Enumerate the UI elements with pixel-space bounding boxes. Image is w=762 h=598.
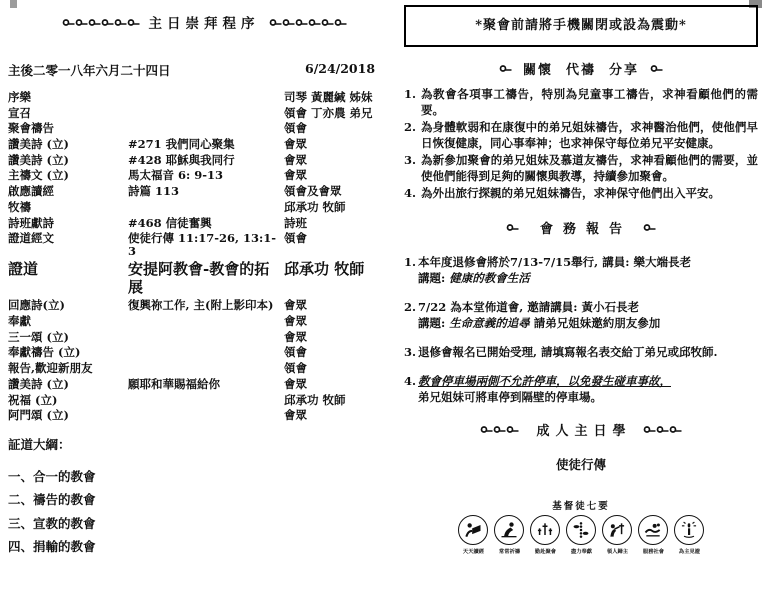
- outline-item: 二、禱告的教會: [8, 494, 400, 507]
- footer-icon-item: 常常祈禱: [493, 515, 526, 556]
- program-who: 會眾: [284, 154, 400, 167]
- prayer-request-number: 3.: [404, 153, 421, 184]
- announcement-topic-title: 生命意義的追尋: [449, 316, 530, 330]
- program-detail: [128, 346, 284, 359]
- program-detail: 詩篇 113: [128, 185, 284, 198]
- announcement-line-rest: 請弟兄姐妹邀約朋友參加: [530, 316, 661, 330]
- date-row: 主後二零一八年六月二十四日 6/24/2018: [8, 61, 400, 76]
- program-detail: [128, 122, 284, 135]
- program-item: 主禱文 (立): [8, 169, 128, 182]
- announcement-line: 本年度退修會將於7/13-7/15舉行, 講員: 樂大端長老: [418, 255, 691, 269]
- program-row: 詩班獻詩#468 信徒奮興詩班: [8, 217, 400, 230]
- announcement-text: 退修會報名已開始受理, 請填寫報名表交給丁弟兄或邱牧師.: [418, 344, 758, 360]
- curl-chain-ornament-icon: [480, 425, 519, 434]
- program-row: 報告,歡迎新朋友領會: [8, 362, 400, 375]
- footer-icon-label: 常常祈禱: [494, 547, 523, 555]
- footer-icon-item: 勤赴聚會: [529, 515, 562, 556]
- program-who: 領會: [284, 362, 400, 375]
- program-who: 會眾: [284, 138, 400, 151]
- program-item: 回應詩(立): [8, 299, 128, 312]
- program-row: 讚美詩 (立)願耶和華賜福給你會眾: [8, 378, 400, 391]
- footer-icon-item: 領人歸主: [601, 515, 634, 556]
- program-who: 會眾: [284, 299, 400, 312]
- program-row: 牧禱邱承功 牧師: [8, 201, 400, 214]
- prayer-request-item: 2.為身體軟弱和在康復中的弟兄姐妹禱告，求神醫治他們，使他們早日恢復健康，同心事…: [404, 120, 758, 151]
- care-section-header: 關懷 代禱 分享: [404, 59, 758, 78]
- outline-item: 一、合一的教會: [8, 471, 400, 484]
- curl-ornament-icon: [650, 64, 663, 73]
- worship-order-column: 主日崇拜程序 主後二零一八年六月二十四日 6/24/2018 序樂司琴 黃麗緘 …: [8, 12, 400, 565]
- program-row: 回應詩(立)復興祢工作, 主(附上影印本)會眾: [8, 299, 400, 312]
- sermon-outline: 証道大綱： 一、合一的教會二、禱告的教會三、宣教的教會四、捐輸的教會: [8, 435, 400, 554]
- swirl-ornament-icon: [62, 18, 140, 27]
- adult-school-topic: 使徒行傳: [404, 455, 758, 473]
- seven-essentials-icons: 天天讀經常常祈禱勤赴聚會盡力奉獻領人歸主服務社會為主見證: [404, 515, 758, 556]
- program-list: 序樂司琴 黃麗緘 姊妹宣召領會 丁亦農 弟兄聚會禱告領會讚美詩 (立)#271 …: [8, 91, 400, 422]
- announcement-number: 1.: [404, 254, 418, 286]
- church-meeting-icon: [530, 515, 560, 545]
- prayer-request-text: 為身體軟弱和在康復中的弟兄姐妹禱告，求神醫治他們，使他們早日恢復健康，同心事奉神…: [421, 120, 758, 151]
- program-row: 證道安提阿教會-教會的拓展邱承功 牧師: [8, 260, 400, 296]
- offering-icon: [566, 515, 596, 545]
- footer-icon-label: 為主見證: [674, 547, 703, 555]
- program-who: 領會: [284, 232, 400, 257]
- program-detail: #428 耶穌與我同行: [128, 154, 284, 167]
- phone-notice-text: *聚會前請將手機關閉或設為震動*: [475, 18, 687, 33]
- service-icon: [638, 515, 668, 545]
- prayer-request-number: 2.: [404, 120, 421, 151]
- prayer-request-item: 3.為新參加聚會的弟兄姐妹及慕道友禱告，求神看顧他們的需要，並使他們能得到足夠的…: [404, 153, 758, 184]
- prayer-request-text: 為教會各項事工禱告，特別為兒童事工禱告，求神看顧他們的需要。: [421, 87, 758, 118]
- program-item: 宣召: [8, 107, 128, 120]
- announcement-number: 3.: [404, 344, 418, 360]
- program-who: 會眾: [284, 378, 400, 391]
- prayer-icon: [494, 515, 524, 545]
- program-who: 領會 丁亦農 弟兄: [284, 107, 400, 120]
- program-detail: [128, 107, 284, 120]
- outline-item: 三、宣教的教會: [8, 518, 400, 531]
- program-who: 會眾: [284, 169, 400, 182]
- program-item: 報告,歡迎新朋友: [8, 362, 128, 375]
- date-chinese: 主後二零一八年六月二十四日: [8, 63, 171, 78]
- announcement-item: 3. 退修會報名已開始受理, 請填寫報名表交給丁弟兄或邱牧師.: [404, 344, 758, 360]
- program-who: 司琴 黃麗緘 姊妹: [284, 91, 400, 104]
- announcement-text: 教會停車場兩側不允許停車，以免發生碰車事故， 弟兄姐妹可將車停到隔壁的停車場。: [418, 373, 758, 405]
- title-row: 主日崇拜程序: [8, 12, 400, 32]
- prayer-request-item: 4.為外出旅行探親的弟兄姐妹禱告，求神保守他們出入平安。: [404, 186, 758, 202]
- sermon-outline-title: 証道大綱：: [8, 435, 400, 453]
- program-who: 會眾: [284, 331, 400, 344]
- curl-ornament-icon: [499, 64, 512, 73]
- announcement-line: 7/22 為本堂佈道會, 邀請講員: 黃小石長老: [418, 300, 639, 314]
- program-detail: [128, 315, 284, 328]
- program-row: 祝福 (立)邱承功 牧師: [8, 394, 400, 407]
- program-detail: 使徒行傳 11:17-26, 13:1-3: [128, 232, 284, 257]
- program-item: 祝福 (立): [8, 394, 128, 407]
- program-detail: [128, 394, 284, 407]
- announcements-column: *聚會前請將手機關閉或設為震動* 關懷 代禱 分享 1.為教會各項事工禱告，特別…: [404, 0, 758, 556]
- seven-essentials-footer: 基督徒七要 天天讀經常常祈禱勤赴聚會盡力奉獻領人歸主服務社會為主見證: [404, 498, 758, 556]
- program-item: 證道: [8, 260, 128, 296]
- announcement-text: 本年度退修會將於7/13-7/15舉行, 講員: 樂大端長老 講題: 健康的教會…: [418, 254, 758, 286]
- program-detail: [128, 331, 284, 344]
- bulletin-page: 主日崇拜程序 主後二零一八年六月二十四日 6/24/2018 序樂司琴 黃麗緘 …: [0, 0, 762, 598]
- announcement-line: 退修會報名已開始受理, 請填寫報名表交給丁弟兄或邱牧師.: [418, 345, 718, 359]
- program-detail: [128, 91, 284, 104]
- adult-school-title: 成人主日學: [530, 420, 631, 439]
- program-item: 讚美詩 (立): [8, 378, 128, 391]
- program-detail: #271 我們同心聚集: [128, 138, 284, 151]
- announcement-topic-title: 健康的教會生活: [449, 271, 530, 285]
- program-row: 證道經文使徒行傳 11:17-26, 13:1-3領會: [8, 232, 400, 257]
- footer-icon-label: 勤赴聚會: [530, 547, 559, 555]
- program-detail: [128, 362, 284, 375]
- program-who: 領會: [284, 122, 400, 135]
- candle-witness-icon: [674, 515, 704, 545]
- program-who: 邱承功 牧師: [284, 260, 400, 296]
- program-who: 會眾: [284, 409, 400, 422]
- adult-school-header: 成人主日學: [404, 420, 758, 439]
- prayer-request-item: 1.為教會各項事工禱告，特別為兒童事工禱告，求神看顧他們的需要。: [404, 87, 758, 118]
- program-row: 聚會禱告領會: [8, 122, 400, 135]
- seven-essentials-title: 基督徒七要: [404, 498, 758, 512]
- footer-icon-label: 服務社會: [638, 547, 667, 555]
- date-numeric: 6/24/2018: [305, 61, 375, 76]
- sermon-outline-items: 一、合一的教會二、禱告的教會三、宣教的教會四、捐輸的教會: [8, 471, 400, 554]
- program-detail: [128, 201, 284, 214]
- bible-reading-icon: [458, 515, 488, 545]
- program-row: 啟應讀經詩篇 113領會及會眾: [8, 185, 400, 198]
- program-detail: [128, 409, 284, 422]
- program-who: 邱承功 牧師: [284, 201, 400, 214]
- program-detail: 願耶和華賜福給你: [128, 378, 284, 391]
- program-detail: 復興祢工作, 主(附上影印本): [128, 299, 284, 312]
- program-item: 聚會禱告: [8, 122, 128, 135]
- page-title: 主日崇拜程序: [149, 12, 260, 32]
- announcement-number: 4.: [404, 373, 418, 405]
- program-row: 三一頌 (立)會眾: [8, 331, 400, 344]
- program-row: 宣召領會 丁亦農 弟兄: [8, 107, 400, 120]
- program-row: 阿門頌 (立)會眾: [8, 409, 400, 422]
- program-detail: 安提阿教會-教會的拓展: [128, 260, 284, 296]
- announcement-item: 4. 教會停車場兩側不允許停車，以免發生碰車事故， 弟兄姐妹可將車停到隔壁的停車…: [404, 373, 758, 405]
- footer-icon-item: 為主見證: [673, 515, 706, 556]
- footer-icon-label: 領人歸主: [602, 547, 631, 555]
- program-row: 奉獻會眾: [8, 315, 400, 328]
- scan-artifact: [10, 0, 17, 8]
- program-item: 詩班獻詩: [8, 217, 128, 230]
- program-item: 阿門頌 (立): [8, 409, 128, 422]
- program-row: 奉獻禱告 (立)領會: [8, 346, 400, 359]
- curl-ornament-icon: [643, 223, 656, 232]
- program-row: 主禱文 (立)馬太福音 6: 9-13會眾: [8, 169, 400, 182]
- announcement-item: 2. 7/22 為本堂佈道會, 邀請講員: 黃小石長老 講題: 生命意義的追尋 …: [404, 299, 758, 331]
- announcement-item: 1. 本年度退修會將於7/13-7/15舉行, 講員: 樂大端長老 講題: 健康…: [404, 254, 758, 286]
- footer-icon-item: 盡力奉獻: [565, 515, 598, 556]
- program-row: 序樂司琴 黃麗緘 姊妹: [8, 91, 400, 104]
- prayer-request-number: 4.: [404, 186, 421, 202]
- report-section-header: 會務報告: [404, 218, 758, 237]
- footer-icon-label: 盡力奉獻: [566, 547, 595, 555]
- announcement-list: 1. 本年度退修會將於7/13-7/15舉行, 講員: 樂大端長老 講題: 健康…: [404, 254, 758, 405]
- swirl-ornament-icon: [269, 18, 347, 27]
- program-item: 證道經文: [8, 232, 128, 257]
- announcement-topic-label: 講題:: [418, 316, 449, 330]
- announcement-line: 弟兄姐妹可將車停到隔壁的停車場。: [418, 390, 602, 404]
- program-item: 牧禱: [8, 201, 128, 214]
- footer-icon-label: 天天讀經: [458, 547, 487, 555]
- outline-item: 四、捐輸的教會: [8, 541, 400, 554]
- program-who: 領會: [284, 346, 400, 359]
- program-row: 讚美詩 (立)#271 我們同心聚集會眾: [8, 138, 400, 151]
- program-detail: 馬太福音 6: 9-13: [128, 169, 284, 182]
- program-item: 讚美詩 (立): [8, 138, 128, 151]
- curl-chain-ornament-icon: [643, 425, 682, 434]
- program-item: 奉獻禱告 (立): [8, 346, 128, 359]
- program-row: 讚美詩 (立)#428 耶穌與我同行會眾: [8, 154, 400, 167]
- announcement-number: 2.: [404, 299, 418, 331]
- announcement-topic-label: 講題:: [418, 271, 449, 285]
- prayer-request-text: 為新參加聚會的弟兄姐妹及慕道友禱告，求神看顧他們的需要，並使他們能得到足夠的關懷…: [421, 153, 758, 184]
- evangelism-icon: [602, 515, 632, 545]
- prayer-request-number: 1.: [404, 87, 421, 118]
- announcement-warning-line: 教會停車場兩側不允許停車，以免發生碰車事故，: [418, 374, 671, 388]
- program-item: 啟應讀經: [8, 185, 128, 198]
- prayer-request-list: 1.為教會各項事工禱告，特別為兒童事工禱告，求神看顧他們的需要。2.為身體軟弱和…: [404, 87, 758, 202]
- curl-ornament-icon: [506, 223, 519, 232]
- prayer-request-text: 為外出旅行探親的弟兄姐妹禱告，求神保守他們出入平安。: [421, 186, 758, 202]
- announcement-text: 7/22 為本堂佈道會, 邀請講員: 黃小石長老 講題: 生命意義的追尋 請弟兄…: [418, 299, 758, 331]
- program-detail: #468 信徒奮興: [128, 217, 284, 230]
- footer-icon-item: 天天讀經: [457, 515, 490, 556]
- program-who: 邱承功 牧師: [284, 394, 400, 407]
- report-section-title: 會務報告: [530, 218, 632, 237]
- footer-icon-item: 服務社會: [637, 515, 670, 556]
- program-item: 三一頌 (立): [8, 331, 128, 344]
- program-who: 會眾: [284, 315, 400, 328]
- program-who: 詩班: [284, 217, 400, 230]
- phone-notice-box: *聚會前請將手機關閉或設為震動*: [404, 5, 758, 47]
- program-who: 領會及會眾: [284, 185, 400, 198]
- program-item: 讚美詩 (立): [8, 154, 128, 167]
- care-section-title: 關懷 代禱 分享: [523, 59, 639, 78]
- program-item: 序樂: [8, 91, 128, 104]
- program-item: 奉獻: [8, 315, 128, 328]
